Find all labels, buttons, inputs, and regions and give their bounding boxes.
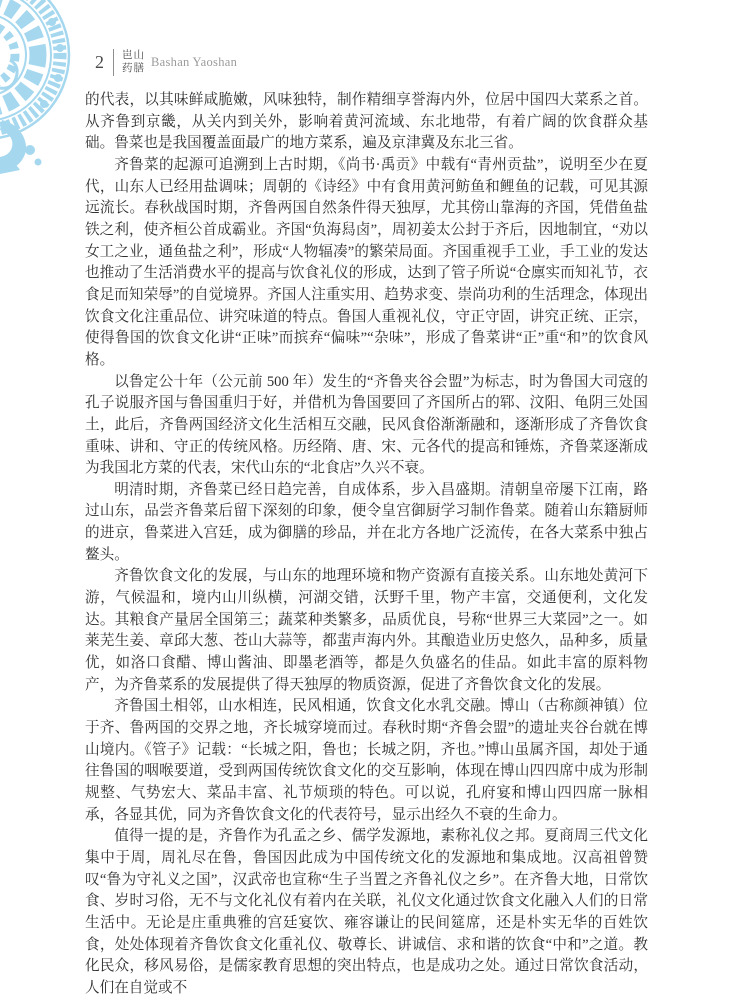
body-paragraph: 齐鲁饮食文化的发展，与山东的地理环境和物产资源有直接关系。山东地处黄河下游，气候…	[85, 566, 648, 696]
header-divider	[113, 49, 114, 76]
book-page: 2 岜山 药膳 Bashan Yaoshan 的代表，以其味鲜咸脆嫩，风味独特，…	[0, 0, 729, 1005]
body-paragraph: 齐鲁菜的起源可追溯到上古时期，《尚书·禹贡》中载有“青州贡盐”，说明至少在夏代，…	[85, 155, 648, 372]
body-paragraph: 的代表，以其味鲜咸脆嫩，风味独特，制作精细享誉海内外，位居中国四大菜系之首。从齐…	[85, 90, 648, 155]
body-paragraph: 齐鲁国土相邻，山水相连，民风相通，饮食文化水乳交融。博山（古称颜神镇）位于齐、鲁…	[85, 696, 648, 826]
body-paragraph: 以鲁定公十年（公元前 500 年）发生的“齐鲁夹谷会盟”为标志，时为鲁国大司寇的…	[85, 372, 648, 480]
book-title-chinese: 岜山 药膳	[122, 49, 145, 75]
decorative-ornament	[0, 0, 94, 174]
page-body: 的代表，以其味鲜咸脆嫩，风味独特，制作精细享誉海内外，位居中国四大菜系之首。从齐…	[85, 90, 648, 1000]
body-paragraph: 明清时期，齐鲁菜已经日趋完善，自成体系，步入昌盛期。清朝皇帝屡下江南，路过山东，…	[85, 480, 648, 567]
book-title-cn-line1: 岜山	[122, 49, 145, 61]
page-number: 2	[95, 53, 104, 71]
book-title-english: Bashan Yaoshan	[151, 55, 237, 70]
page-header: 2 岜山 药膳 Bashan Yaoshan	[95, 47, 237, 77]
traditional-medallion-icon	[0, 0, 94, 174]
body-paragraph: 值得一提的是，齐鲁作为孔孟之乡、儒学发源地，素称礼仪之邦。夏商周三代文化集中于周…	[85, 826, 648, 999]
book-title-cn-line2: 药膳	[122, 62, 145, 74]
